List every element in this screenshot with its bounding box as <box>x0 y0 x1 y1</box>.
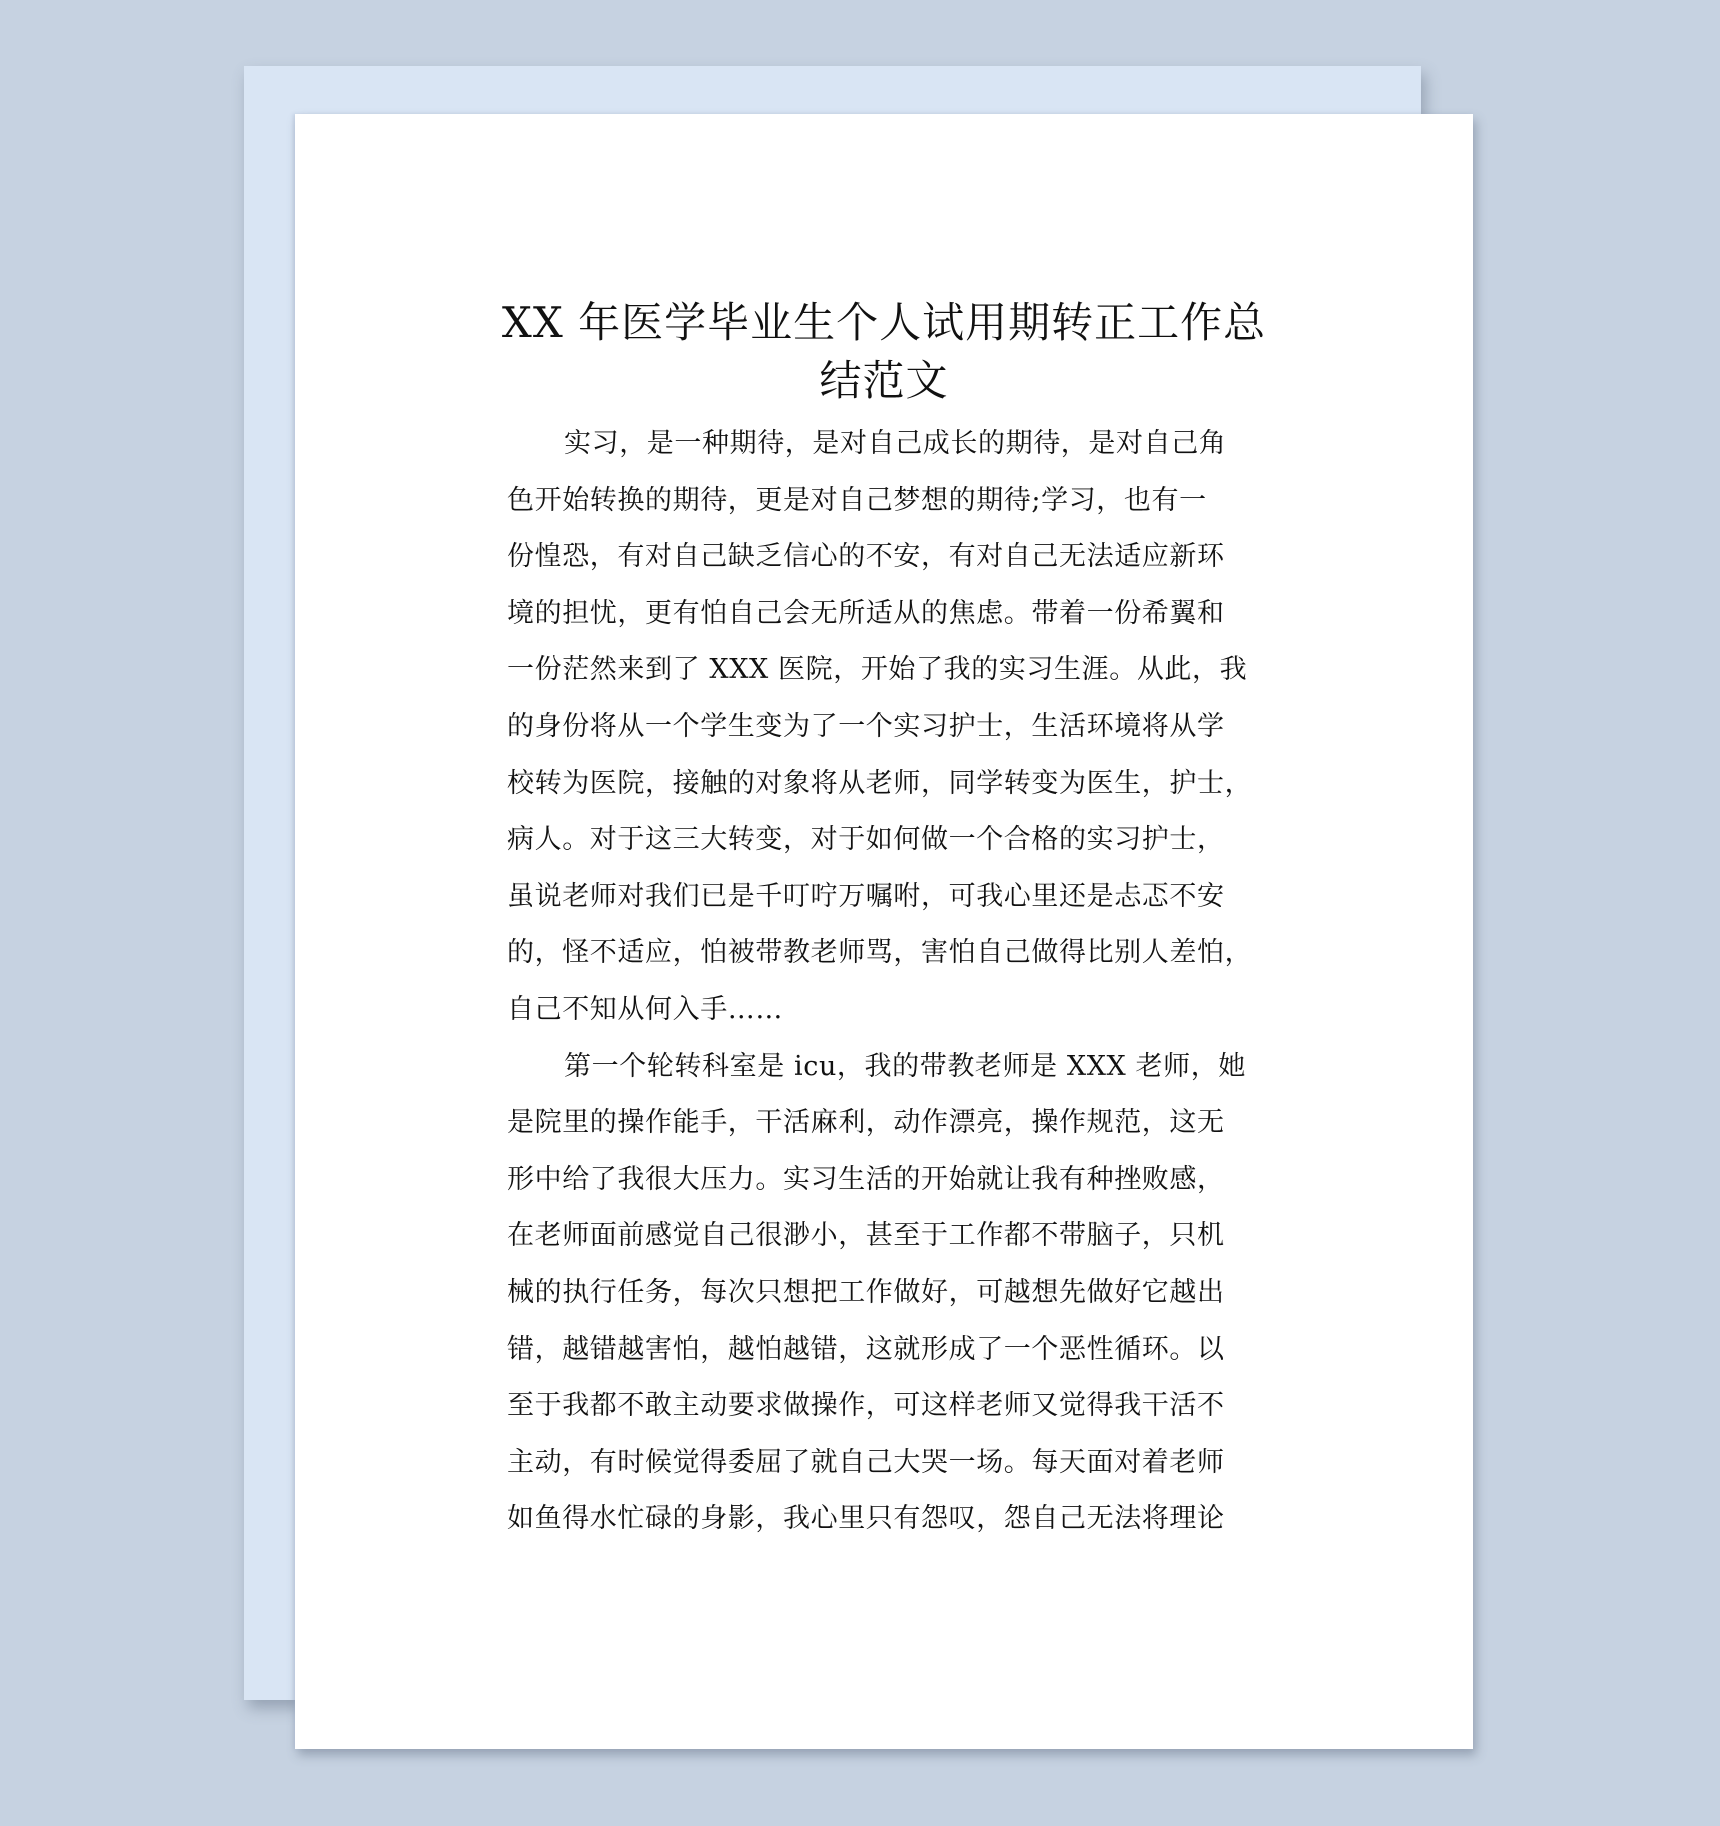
text-line: 自己不知从何入手…… <box>507 982 1259 1039</box>
text-line: 形中给了我很大压力。实习生活的开始就让我有种挫败感， <box>507 1152 1259 1209</box>
text-line: 色开始转换的期待，更是对自己梦想的期待;学习，也有一 <box>507 473 1259 530</box>
document-title: XX 年医学毕业生个人试用期转正工作总 结范文 <box>499 294 1269 410</box>
title-line: 结范文 <box>499 352 1269 410</box>
text-line: 病人。对于这三大转变，对于如何做一个合格的实习护士， <box>507 812 1259 869</box>
text-line: 主动，有时候觉得委屈了就自己大哭一场。每天面对着老师 <box>507 1435 1259 1492</box>
text-line: 份惶恐，有对自己缺乏信心的不安，有对自己无法适应新环 <box>507 529 1259 586</box>
text-line: 实习，是一种期待，是对自己成长的期待，是对自己角 <box>507 416 1259 473</box>
document-content: XX 年医学毕业生个人试用期转正工作总 结范文 实习，是一种期待，是对自己成长的… <box>507 294 1259 1548</box>
text-line: 虽说老师对我们已是千叮咛万嘱咐，可我心里还是忐忑不安 <box>507 869 1259 926</box>
text-line: 是院里的操作能手，干活麻利，动作漂亮，操作规范，这无 <box>507 1095 1259 1152</box>
text-line: 的，怪不适应，怕被带教老师骂，害怕自己做得比别人差怕， <box>507 925 1259 982</box>
text-line: 在老师面前感觉自己很渺小，甚至于工作都不带脑子，只机 <box>507 1208 1259 1265</box>
title-line: XX 年医学毕业生个人试用期转正工作总 <box>499 294 1269 352</box>
text-line: 的身份将从一个学生变为了一个实习护士，生活环境将从学 <box>507 699 1259 756</box>
text-line: 第一个轮转科室是 icu，我的带教老师是 XXX 老师，她 <box>507 1039 1259 1096</box>
text-line: 校转为医院，接触的对象将从老师，同学转变为医生，护士， <box>507 756 1259 813</box>
paragraph-1: 实习，是一种期待，是对自己成长的期待，是对自己角 色开始转换的期待，更是对自己梦… <box>507 416 1259 1039</box>
text-line: 如鱼得水忙碌的身影，我心里只有怨叹，怨自己无法将理论 <box>507 1491 1259 1548</box>
text-line: 错，越错越害怕，越怕越错，这就形成了一个恶性循环。以 <box>507 1322 1259 1379</box>
text-line: 至于我都不敢主动要求做操作，可这样老师又觉得我干活不 <box>507 1378 1259 1435</box>
text-line: 一份茫然来到了 XXX 医院，开始了我的实习生涯。从此，我 <box>507 642 1259 699</box>
front-page-sheet: XX 年医学毕业生个人试用期转正工作总 结范文 实习，是一种期待，是对自己成长的… <box>295 114 1473 1749</box>
text-line: 械的执行任务，每次只想把工作做好，可越想先做好它越出 <box>507 1265 1259 1322</box>
paragraph-2: 第一个轮转科室是 icu，我的带教老师是 XXX 老师，她 是院里的操作能手，干… <box>507 1039 1259 1548</box>
text-line: 境的担忧，更有怕自己会无所适从的焦虑。带着一份希翼和 <box>507 586 1259 643</box>
